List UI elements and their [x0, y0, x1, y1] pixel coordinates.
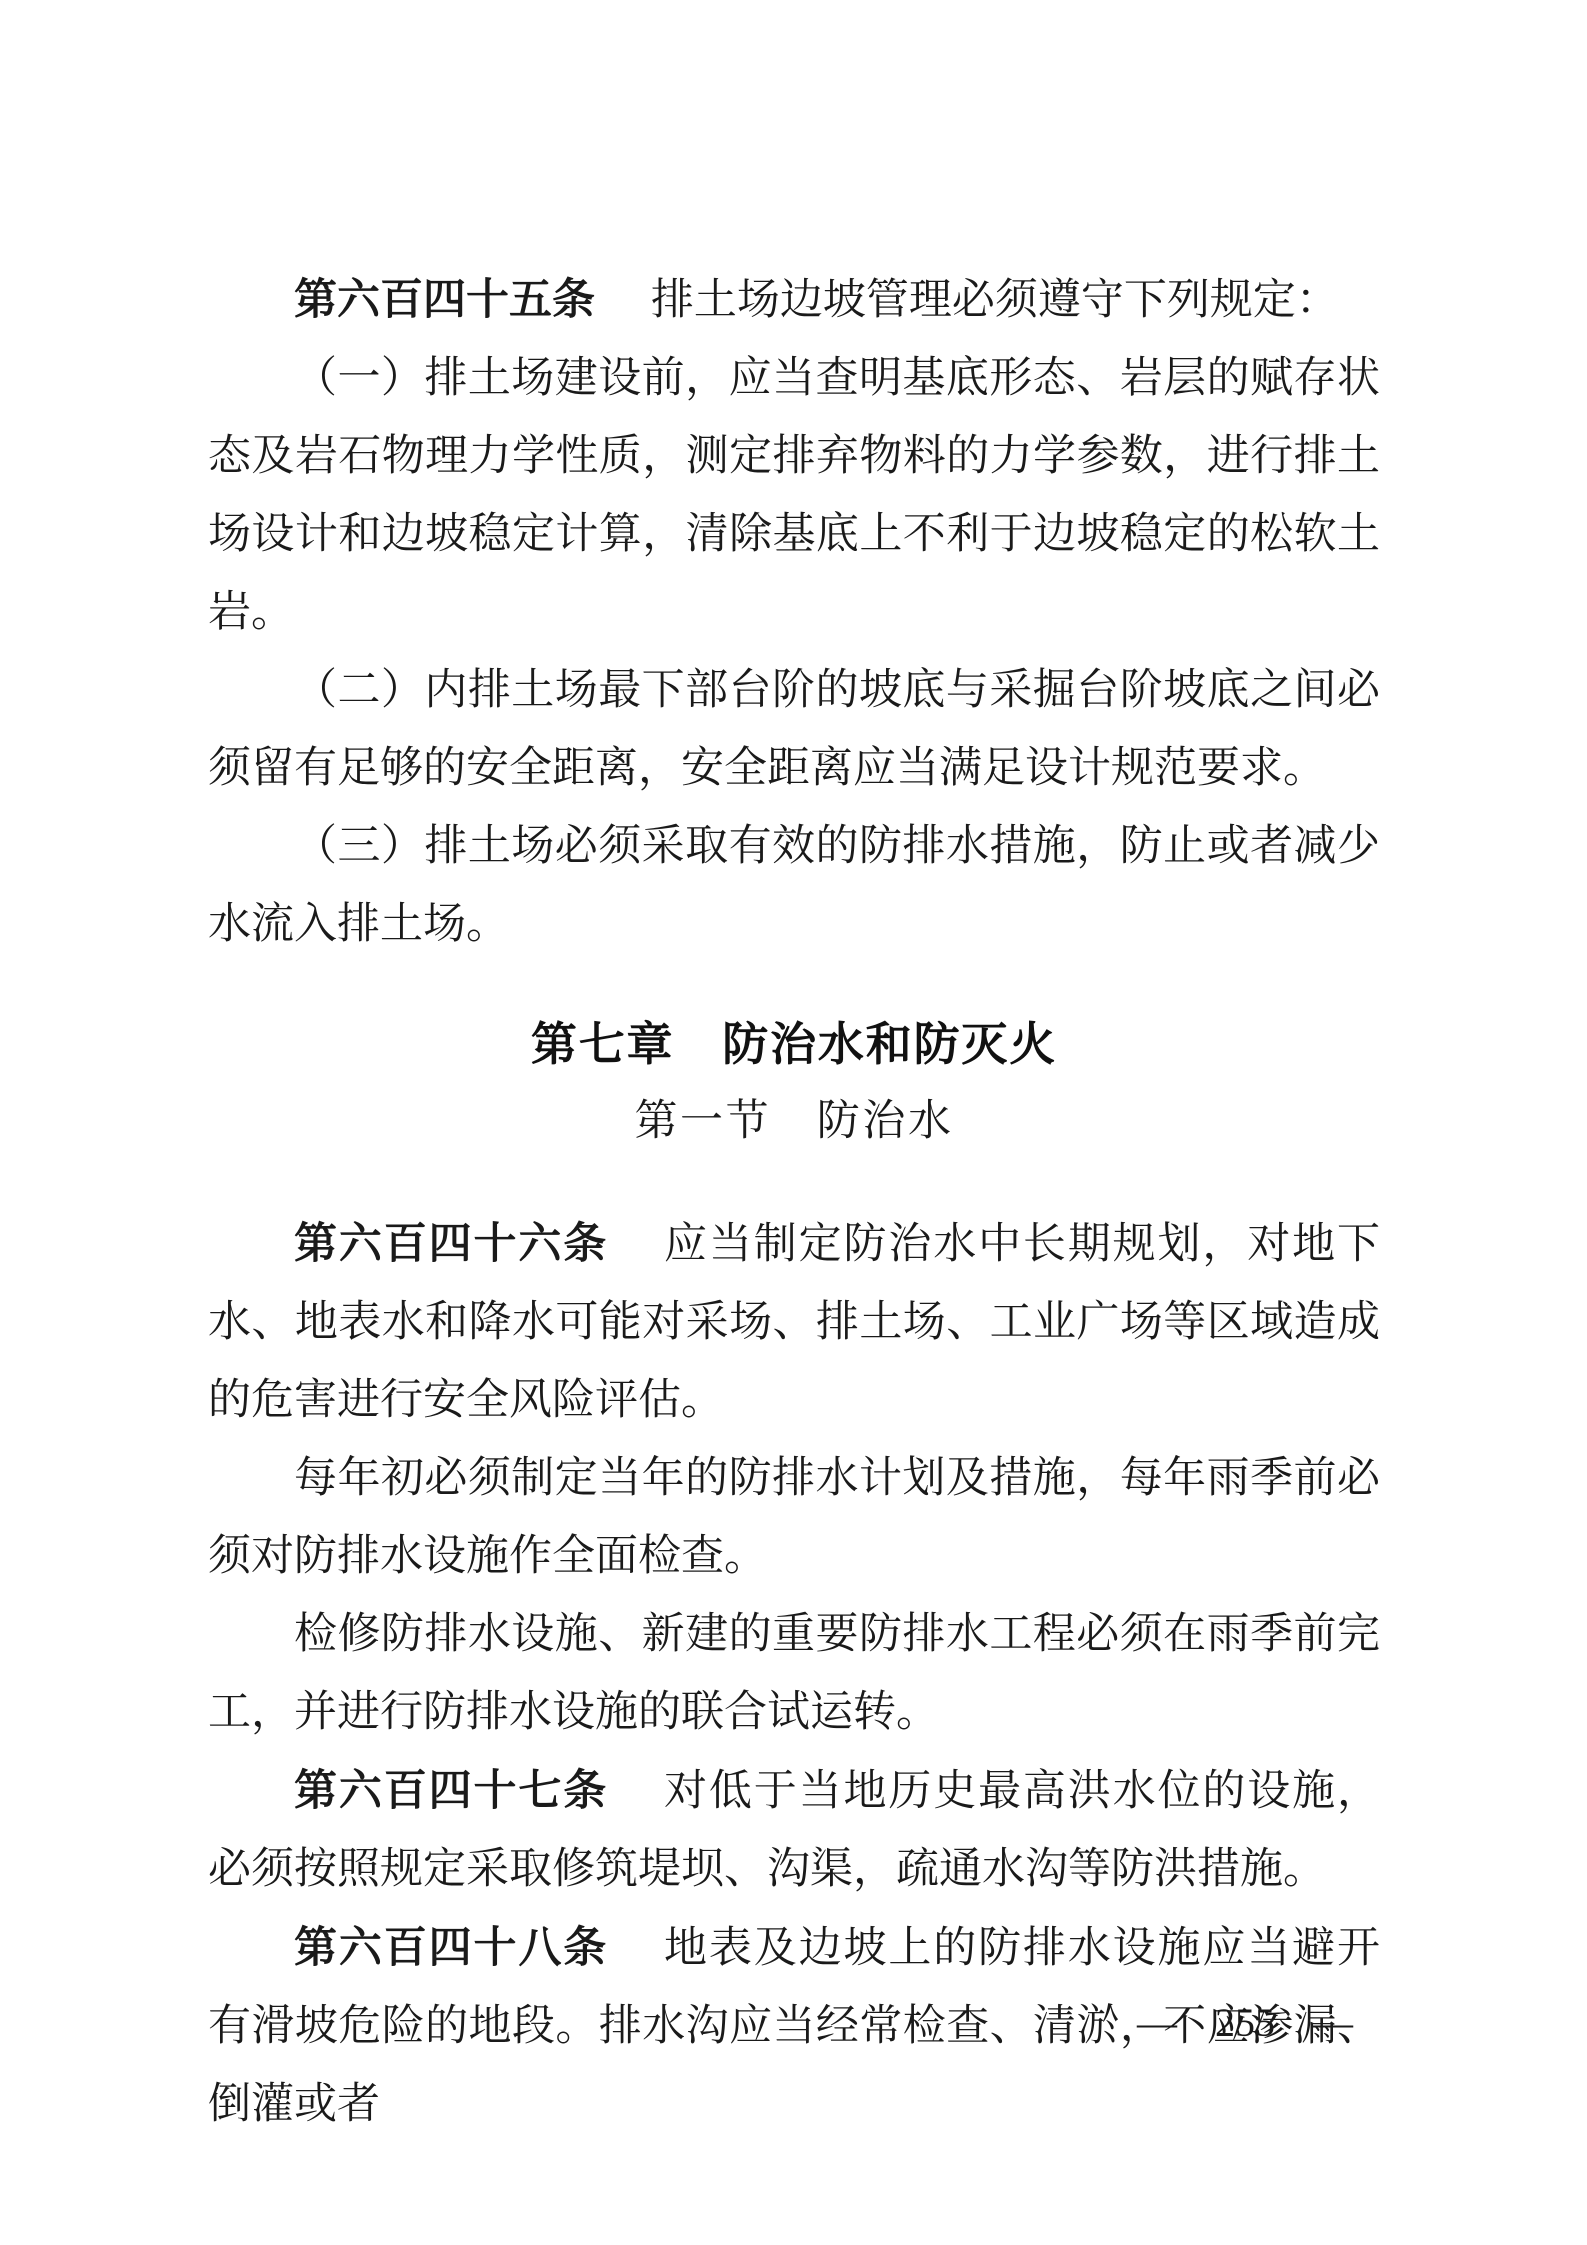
article-645-item-2: （二）内排土场最下部台阶的坡底与采掘台阶坡底之间必须留有足够的安全距离，安全距离…	[208, 652, 1380, 808]
article-647-paragraph: 第六百四十七条对低于当地历史最高洪水位的设施，必须按照规定采取修筑堤坝、沟渠，疏…	[208, 1752, 1380, 1909]
article-646-paragraph-1: 第六百四十六条应当制定防治水中长期规划，对地下水、地表水和降水可能对采场、排土场…	[208, 1205, 1380, 1440]
page-number: — 255 —	[1100, 1993, 1390, 2053]
article-646-paragraph-3: 检修防排水设施、新建的重要防排水工程必须在雨季前完工，并进行防排水设施的联合试运…	[208, 1596, 1380, 1752]
article-645-item-3: （三）排土场必须采取有效的防排水措施，防止或者减少水流入排土场。	[208, 808, 1380, 964]
article-646-number: 第六百四十六条	[294, 1220, 608, 1268]
article-646-paragraph-2: 每年初必须制定当年的防排水计划及措施，每年雨季前必须对防排水设施作全面检查。	[208, 1440, 1380, 1596]
article-645-number: 第六百四十五条	[294, 276, 595, 324]
section-heading: 第一节 防治水	[208, 1083, 1380, 1161]
article-648-number: 第六百四十八条	[294, 1924, 608, 1972]
article-645-intro: 第六百四十五条排土场边坡管理必须遵守下列规定：	[208, 261, 1380, 340]
article-645-item-1: （一）排土场建设前，应当查明基底形态、岩层的赋存状态及岩石物理力学性质，测定排弃…	[208, 340, 1380, 652]
article-645-intro-text: 排土场边坡管理必须遵守下列规定：	[651, 277, 1339, 324]
article-647-number: 第六百四十七条	[294, 1767, 608, 1815]
document-page: 第六百四十五条排土场边坡管理必须遵守下列规定： （一）排土场建设前，应当查明基底…	[0, 0, 1587, 2245]
page-content: 第六百四十五条排土场边坡管理必须遵守下列规定： （一）排土场建设前，应当查明基底…	[208, 261, 1380, 2144]
chapter-heading: 第七章 防治水和防灭火	[208, 1005, 1380, 1083]
